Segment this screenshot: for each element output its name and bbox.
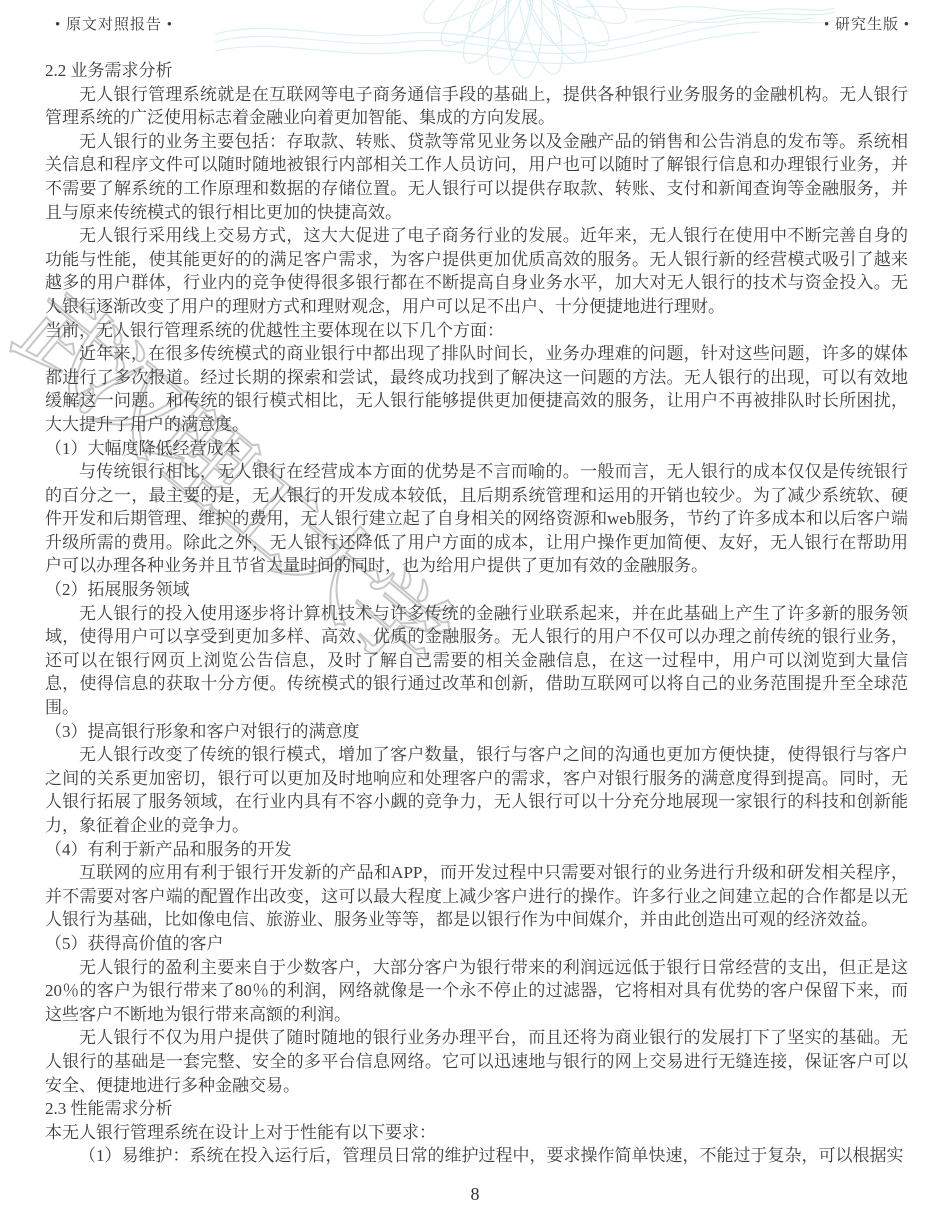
- paragraph: 无人银行采用线上交易方式，这大大促进了电子商务行业的发展。近年来，无人银行在使用…: [45, 224, 908, 318]
- paragraph: （1）易维护：系统在投入运行后，管理员日常的维护过程中，要求操作简单快速，不能过…: [45, 1144, 908, 1168]
- paragraph: 无人银行的业务主要包括：存取款、转账、贷款等常见业务以及金融产品的销售和公告消息…: [45, 130, 908, 224]
- paragraph: 当前，无人银行管理系统的优越性主要体现在以下几个方面：: [45, 319, 908, 343]
- paragraph: （5）获得高价值的客户: [45, 932, 908, 956]
- paragraph: 无人银行的盈利主要来自于少数客户，大部分客户为银行带来的利润远远低于银行日常经营…: [45, 956, 908, 1027]
- paragraph: 互联网的应用有利于银行开发新的产品和APP，而开发过程中只需要对银行的业务进行升…: [45, 861, 908, 932]
- report-page: 武汉理工大学 • 原文对照报告 • • 研究生版 • 2.2 业务需求分析无人银…: [0, 0, 950, 1230]
- section-heading: 2.2 业务需求分析: [45, 59, 908, 83]
- paragraph: （4）有利于新产品和服务的开发: [45, 838, 908, 862]
- paragraph: 无人银行管理系统就是在互联网等电子商务通信手段的基础上，提供各种银行业务服务的金…: [45, 83, 908, 130]
- paragraph: 与传统银行相比，无人银行在经营成本方面的优势是不言而喻的。一般而言，无人银行的成…: [45, 460, 908, 578]
- page-number: 8: [0, 1184, 950, 1205]
- paragraph: 无人银行的投入使用逐步将计算机技术与许多传统的金融行业联系起来，并在此基础上产生…: [45, 602, 908, 720]
- paragraph: 近年来，在很多传统模式的商业银行中都出现了排队时间长，业务办理难的问题，针对这些…: [45, 342, 908, 436]
- document-body: 2.2 业务需求分析无人银行管理系统就是在互联网等电子商务通信手段的基础上，提供…: [45, 59, 908, 1168]
- header-right-label: • 研究生版 •: [824, 13, 910, 34]
- paragraph: （2）拓展服务领域: [45, 578, 908, 602]
- paragraph: 无人银行改变了传统的银行模式，增加了客户数量，银行与客户之间的沟通也更加方便快捷…: [45, 743, 908, 837]
- paragraph: 无人银行不仅为用户提供了随时随地的银行业务办理平台，而且还将为商业银行的发展打下…: [45, 1026, 908, 1097]
- paragraph: （3）提高银行形象和客户对银行的满意度: [45, 720, 908, 744]
- header-left-label: • 原文对照报告 •: [55, 13, 173, 34]
- paragraph: （1）大幅度降低经营成本: [45, 437, 908, 461]
- paragraph: 本无人银行管理系统在设计上对于性能有以下要求：: [45, 1121, 908, 1145]
- section-heading: 2.3 性能需求分析: [45, 1097, 908, 1121]
